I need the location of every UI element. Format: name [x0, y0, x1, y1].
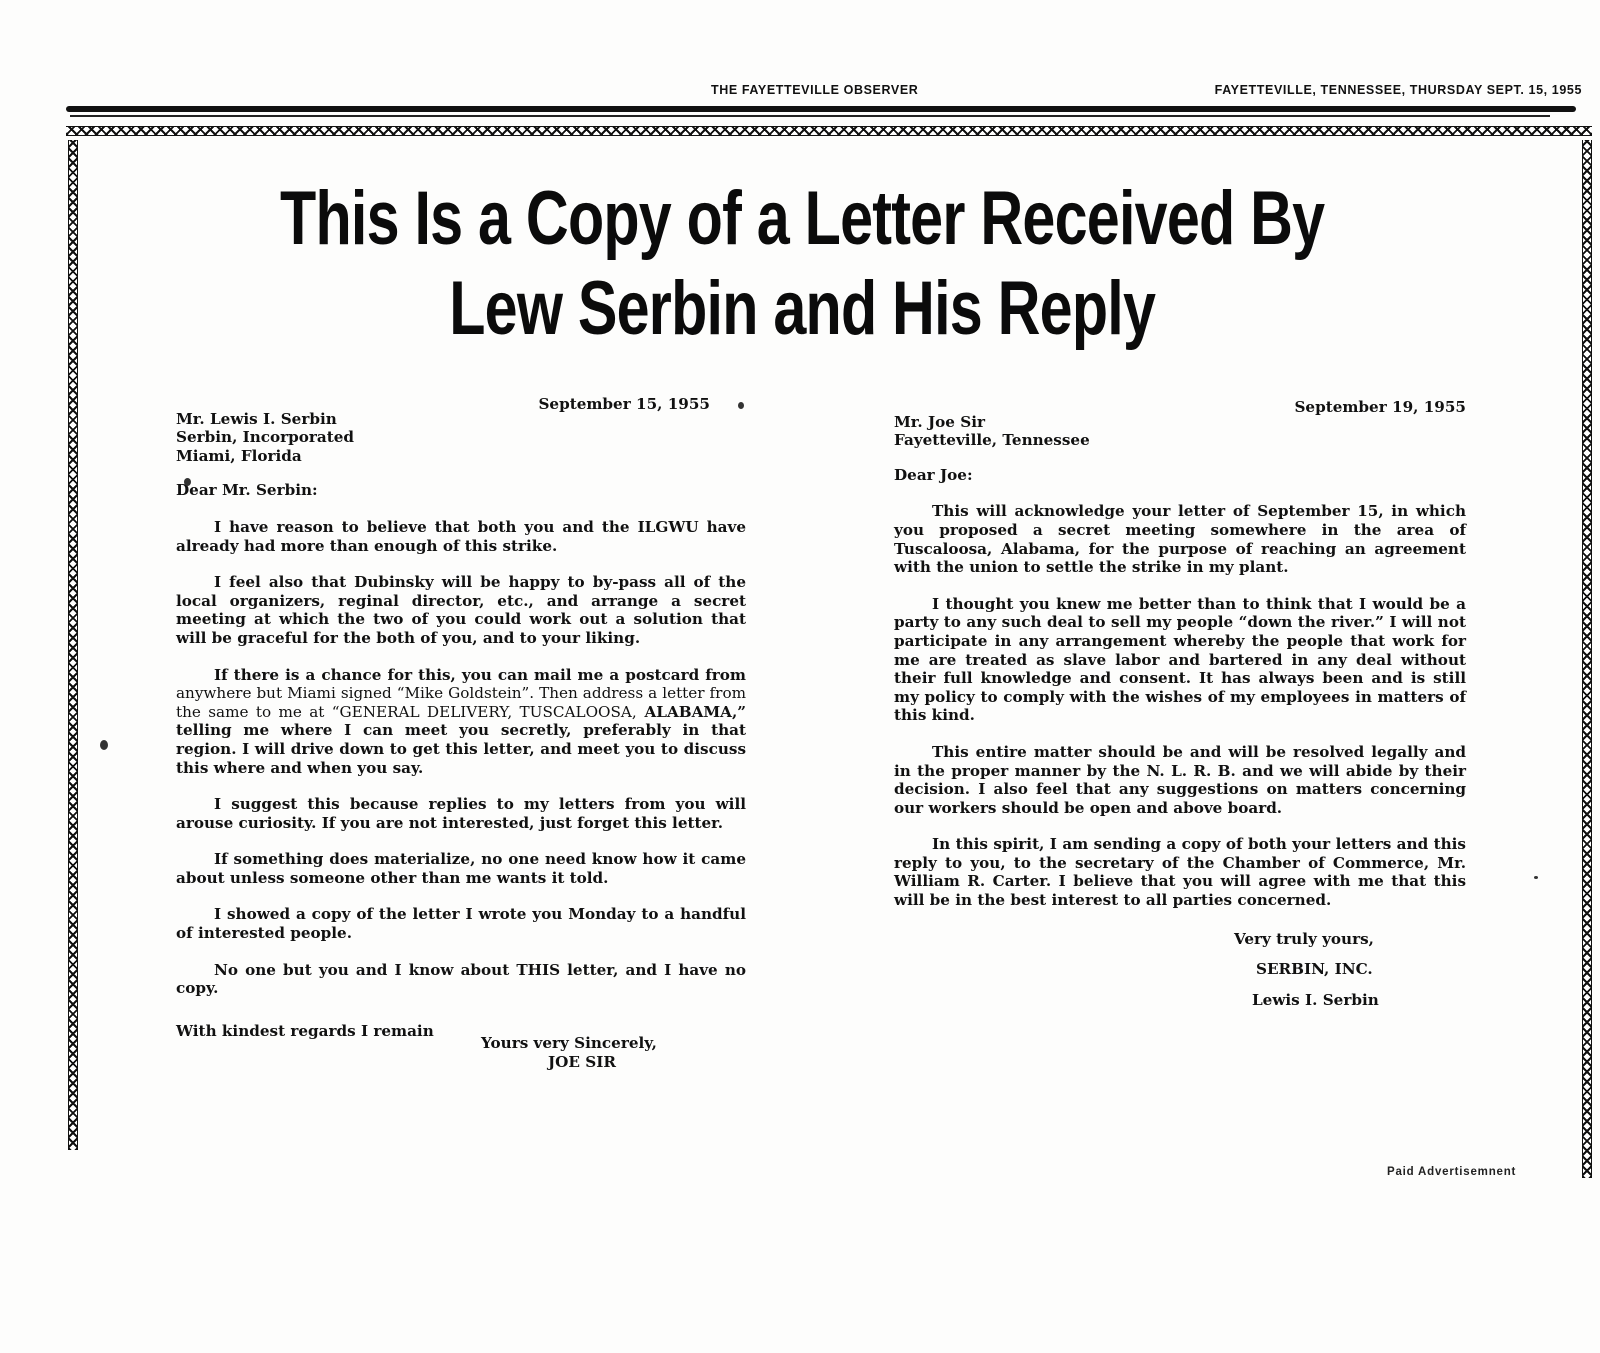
- reply-company: SERBIN, INC.: [1256, 960, 1466, 979]
- address-line: Miami, Florida: [176, 447, 746, 466]
- masthead-rule-thin: [70, 115, 1550, 117]
- letter-received: September 15, 1955 Mr. Lewis I. Serbin S…: [176, 395, 746, 1072]
- reply-letter: September 19, 1955 Mr. Joe Sir Fayettevi…: [894, 398, 1466, 1009]
- reply-address: Mr. Joe Sir Fayetteville, Tennessee: [894, 413, 1466, 450]
- letter-signoff-block: Yours very Sincerely, JOE SIR: [481, 1034, 746, 1071]
- letter-paragraph: I feel also that Dubinsky will be happy …: [176, 573, 746, 647]
- reply-signature: Lewis I. Serbin: [1252, 991, 1466, 1010]
- masthead-paper-name: THE FAYETTEVILLE OBSERVER: [711, 83, 918, 97]
- letter-paragraph: I have reason to believe that both you a…: [176, 518, 746, 555]
- letter-signature: JOE SIR: [548, 1053, 746, 1072]
- reply-signoff: Very truly yours,: [1234, 930, 1466, 949]
- masthead-dateline: FAYETTEVILLE, TENNESSEE, THURSDAY SEPT. …: [1215, 83, 1582, 97]
- newspaper-page: THE FAYETTEVILLE OBSERVER FAYETTEVILLE, …: [0, 0, 1600, 1353]
- letter-paragraph: I showed a copy of the letter I wrote yo…: [176, 905, 746, 942]
- letter-address: Mr. Lewis I. Serbin Serbin, Incorporated…: [176, 410, 746, 466]
- headline-line-1: This Is a Copy of a Letter Received By: [178, 175, 1426, 263]
- letter-salutation: Dear Mr. Serbin:: [176, 481, 746, 500]
- letter-paragraph: If something does materialize, no one ne…: [176, 850, 746, 887]
- postcard-text-bold: If there is a chance for this, you can m…: [214, 666, 746, 684]
- letter-signoff: Yours very Sincerely,: [481, 1034, 746, 1053]
- address-line: Fayetteville, Tennessee: [894, 431, 1466, 450]
- paid-advertisement-notice: Paid Advertisemnent: [1387, 1166, 1516, 1178]
- letter-paragraph-postcard: If there is a chance for this, you can m…: [176, 666, 746, 778]
- reply-salutation: Dear Joe:: [894, 466, 1466, 485]
- ad-border-top: [66, 126, 1592, 136]
- print-speck: [100, 740, 108, 750]
- letter-paragraph: I suggest this because replies to my let…: [176, 795, 746, 832]
- print-speck: [184, 478, 191, 486]
- reply-paragraph: This will acknowledge your letter of Sep…: [894, 502, 1466, 576]
- ad-border-right: [1582, 140, 1592, 1178]
- letter-paragraph: No one but you and I know about THIS let…: [176, 961, 746, 998]
- ad-border-left: [68, 140, 78, 1150]
- reply-paragraph: I thought you knew me better than to thi…: [894, 595, 1466, 725]
- address-line: Serbin, Incorporated: [176, 428, 746, 447]
- reply-paragraph: This entire matter should be and will be…: [894, 743, 1466, 817]
- print-speck: [1534, 876, 1538, 879]
- headline-line-2: Lew Serbin and His Reply: [178, 265, 1426, 353]
- masthead-rule-thick: [66, 106, 1576, 112]
- print-speck: [738, 402, 744, 409]
- reply-paragraph: In this spirit, I am sending a copy of b…: [894, 835, 1466, 909]
- reply-signoff-block: Very truly yours, SERBIN, INC. Lewis I. …: [1234, 930, 1466, 1010]
